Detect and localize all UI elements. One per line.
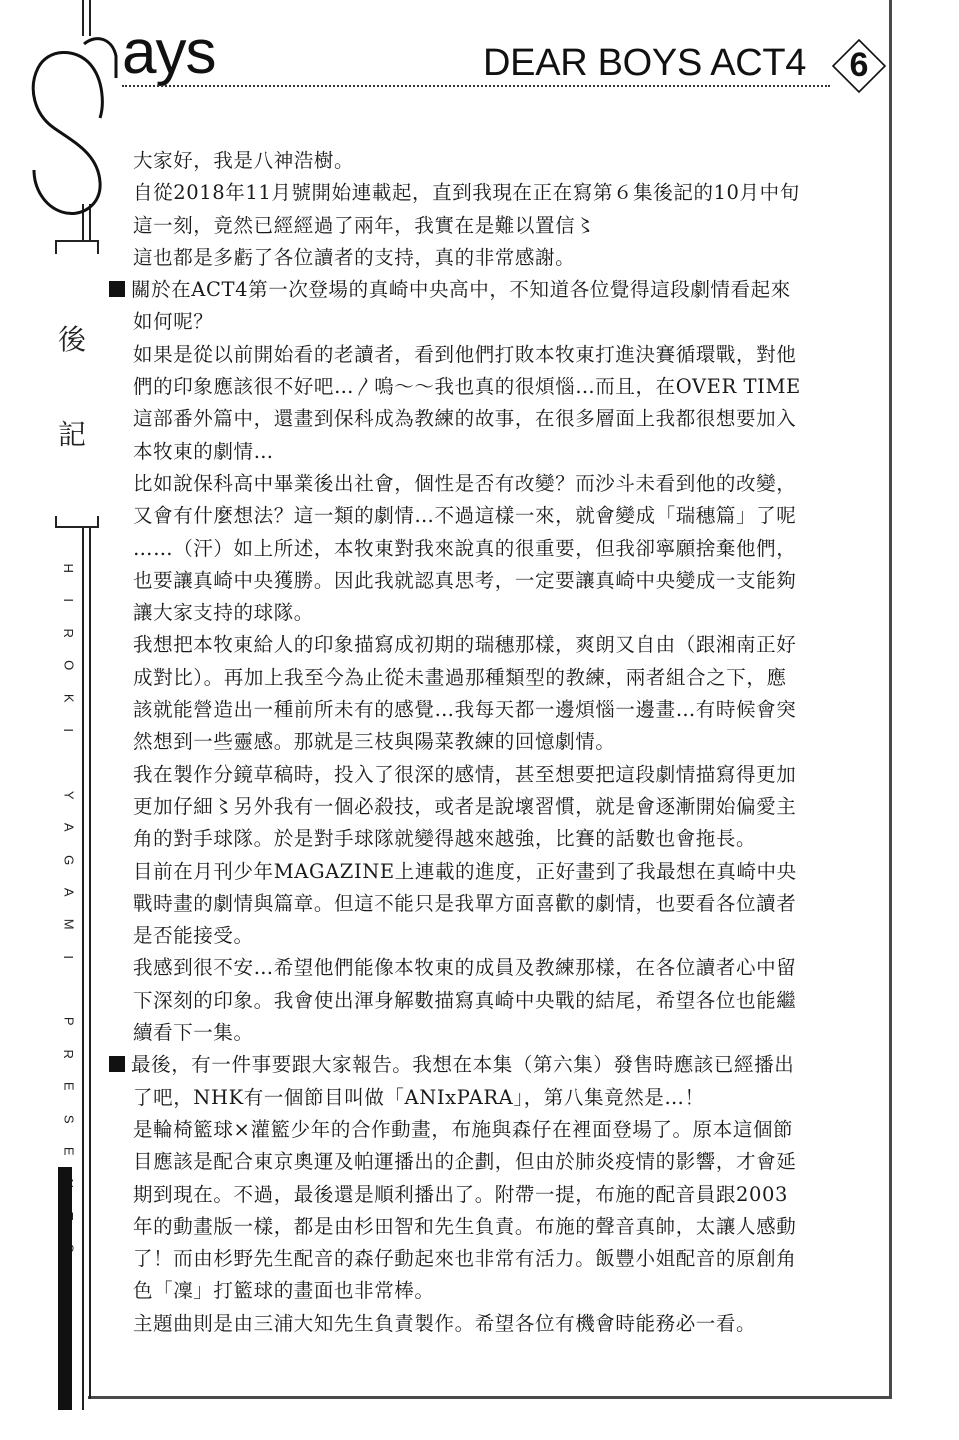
body-line: 如何呢？ (133, 306, 878, 338)
frame-bottom-border (88, 1396, 892, 1399)
body-line: 期到現在。不過，最後還是順利播出了。附帶一提，布施的配音員跟2003 (133, 1179, 878, 1211)
body-line: 這一刻，竟然已經經過了兩年，我實在是難以置信〻 (133, 210, 878, 242)
body-line: ……（汗）如上所述，本牧東對我來說真的很重要，但我卻寧願捨棄他們， (133, 533, 878, 565)
body-line: 然想到一些靈感。那就是三枝與陽菜教練的回憶劇情。 (133, 726, 878, 758)
body-line: 我想把本牧東給人的印象描寫成初期的瑞穗那樣，爽朗又自由（跟湘南正好 (133, 629, 878, 661)
body-line: 是輪椅籃球×灌籃少年的合作動畫，布施與森仔在裡面登場了。原本這個節 (133, 1114, 878, 1146)
body-line: 該就能營造出一種前所未有的感覺…我每天都一邊煩惱一邊畫…有時候會突 (133, 694, 878, 726)
body-line: 比如說保科高中畢業後出社會，個性是否有改變？而沙斗未看到他的改變， (133, 468, 878, 500)
body-line: 續看下一集。 (133, 1017, 878, 1049)
body-line: 年的動畫版一樣，都是由杉田智和先生負責。布施的聲音真帥，太讓人感動 (133, 1211, 878, 1243)
body-line: 我感到很不安…希望他們能像本牧東的成員及教練那樣，在各位讀者心中留 (133, 952, 878, 984)
body-line: 本牧東的劇情… (133, 436, 878, 468)
body-line: 目應該是配合東京奧運及帕運播出的企劃，但由於肺炎疫情的影響，才會延 (133, 1146, 878, 1178)
body-line: 這部番外篇中，還畫到保科成為教練的故事，在很多層面上我都很想要加入 (133, 403, 878, 435)
header-dotted-rule (122, 85, 830, 87)
body-line: 角的對手球隊。於是對手球隊就變得越來越強，比賽的話數也會拖長。 (133, 823, 878, 855)
spine-rule-lower-left (82, 526, 84, 1410)
body-line: 我在製作分鏡草稿時，投入了很深的感情，甚至想要把這段劇情描寫得更加 (133, 759, 878, 791)
bracket-top (55, 240, 99, 254)
sidebar-kanji-afterword-2: 記 (58, 413, 86, 453)
body-line-bulleted: 最後，有一件事要跟大家報告。我想在本集（第六集）發售時應該已經播出 (109, 1049, 878, 1081)
says-a-hook-icon (82, 36, 122, 78)
sidebar-kanji-afterword-1: 後 (58, 318, 86, 358)
body-line: 是否能接受。 (133, 920, 878, 952)
spine-rule-lower-right (89, 526, 91, 1399)
spine-rule-top-right (89, 0, 91, 36)
body-line: 了吧，NHK有一個節目叫做「ANIxPARA」，第八集竟然是…！ (133, 1082, 878, 1114)
section-heading-says: ays (122, 22, 215, 84)
body-line-bulleted: 關於在ACT4第一次登場的真崎中央高中，不知道各位覺得這段劇情看起來 (109, 274, 878, 306)
volume-number: 6 (831, 45, 887, 85)
body-line: 目前在月刊少年MAGAZINE上連載的進度，正好畫到了我最想在真崎中央 (133, 856, 878, 888)
body-line: 也要讓真崎中央獲勝。因此我就認真思考，一定要讓真崎中央變成一支能夠 (133, 565, 878, 597)
spine-rule-top-left (82, 0, 84, 36)
square-bullet-icon (109, 281, 125, 297)
sidebar-black-bar (58, 1167, 72, 1410)
square-bullet-icon (109, 1056, 125, 1072)
body-line: 自從2018年11月號開始連載起，直到我現在正在寫第６集後記的10月中旬 (133, 177, 878, 209)
body-line: 下深刻的印象。我會使出渾身解數描寫真崎中央戰的結尾，希望各位也能繼 (133, 985, 878, 1017)
body-line: 們的印象應該很不好吧…〳嗚～～我也真的很煩惱…而且，在OVER TIME (133, 371, 878, 403)
bracket-bottom (55, 516, 99, 528)
body-line: 成對比）。再加上我至今為止從未畫過那種類型的教練，兩者組合之下，應 (133, 662, 878, 694)
body-line: 色「凜」打籃球的畫面也非常棒。 (133, 1275, 878, 1307)
series-title: DEAR BOYS ACT4 (483, 44, 806, 82)
body-line: 又會有什麼想法？這一類的劇情…不過這樣一來，就會變成「瑞穗篇」了呢 (133, 500, 878, 532)
body-line: 了！而由杉野先生配音的森仔動起來也非常有活力。飯豐小姐配音的原創角 (133, 1243, 878, 1275)
author-byline-vertical: H I R O K I Y A G A M I P R E S E N T S (58, 552, 78, 1265)
body-line: 戰時畫的劇情與篇章。但這不能只是我單方面喜歡的劇情，也要看各位讀者 (133, 888, 878, 920)
frame-right-border (889, 0, 892, 1399)
afterword-body: 大家好，我是八神浩樹。 自從2018年11月號開始連載起，直到我現在正在寫第６集… (133, 145, 878, 1340)
body-line: 如果是從以前開始看的老讀者，看到他們打敗本牧東打進決賽循環戰，對他 (133, 339, 878, 371)
body-line: 更加仔細〻另外我有一個必殺技，或者是說壞習慣，就是會逐漸開始偏愛主 (133, 791, 878, 823)
body-line: 讓大家支持的球隊。 (133, 597, 878, 629)
body-line: 這也都是多虧了各位讀者的支持，真的非常感謝。 (133, 242, 878, 274)
body-line: 大家好，我是八神浩樹。 (133, 145, 878, 177)
body-line: 主題曲則是由三浦大知先生負責製作。希望各位有機會時能務必一看。 (133, 1308, 878, 1340)
